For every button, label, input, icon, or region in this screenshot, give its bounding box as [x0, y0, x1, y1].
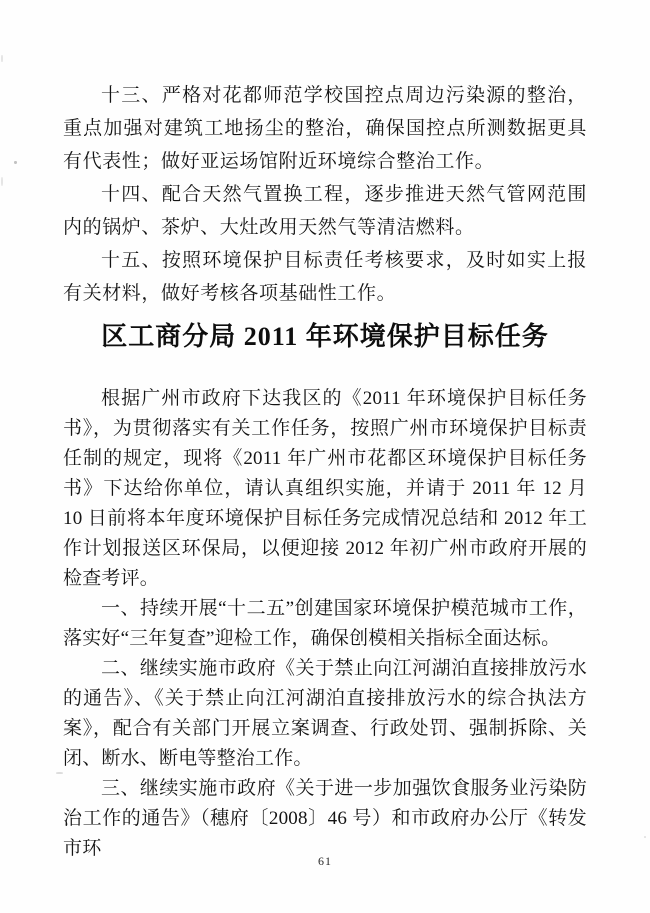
paragraph-task-1: 一、持续开展“十二五”创建国家环境保护模范城市工作，落实好“三年复查”迎检工作，…	[63, 594, 587, 654]
scan-speck	[56, 772, 63, 774]
scan-speck	[1, 55, 3, 62]
paragraph-task-3: 三、继续实施市政府《关于进一步加强饮食服务业污染防治工作的通告》（穗府〔2008…	[63, 774, 587, 864]
paragraph-task-2: 二、继续实施市政府《关于禁止向江河湖泊直接排放污水的通告》、《关于禁止向江河湖泊…	[63, 654, 587, 774]
paragraph-item-14: 十四、配合天然气置换工程，逐步推进天然气管网范围内的锅炉、茶炉、大灶改用天然气等…	[63, 178, 587, 244]
scan-speck	[644, 836, 646, 838]
document-page: 十三、严格对花都师范学校国控点周边污染源的整治，重点加强对建筑工地扬尘的整治，确…	[0, 0, 650, 913]
section-title: 区工商分局 2011 年环境保护目标任务	[0, 316, 650, 353]
intro-section: 十三、严格对花都师范学校国控点周边污染源的整治，重点加强对建筑工地扬尘的整治，确…	[63, 79, 587, 310]
paragraph-item-15: 十五、按照环境保护目标责任考核要求，及时如实上报有关材料，做好考核各项基础性工作…	[63, 244, 587, 310]
page-number: 61	[0, 854, 650, 869]
scan-speck	[14, 161, 17, 164]
main-section: 根据广州市政府下达我区的《2011 年环境保护目标任务书》，为贯彻落实有关工作任…	[63, 384, 587, 864]
paragraph-intro: 根据广州市政府下达我区的《2011 年环境保护目标任务书》，为贯彻落实有关工作任…	[63, 384, 587, 594]
scan-speck	[1, 177, 3, 186]
paragraph-item-13: 十三、严格对花都师范学校国控点周边污染源的整治，重点加强对建筑工地扬尘的整治，确…	[63, 79, 587, 178]
